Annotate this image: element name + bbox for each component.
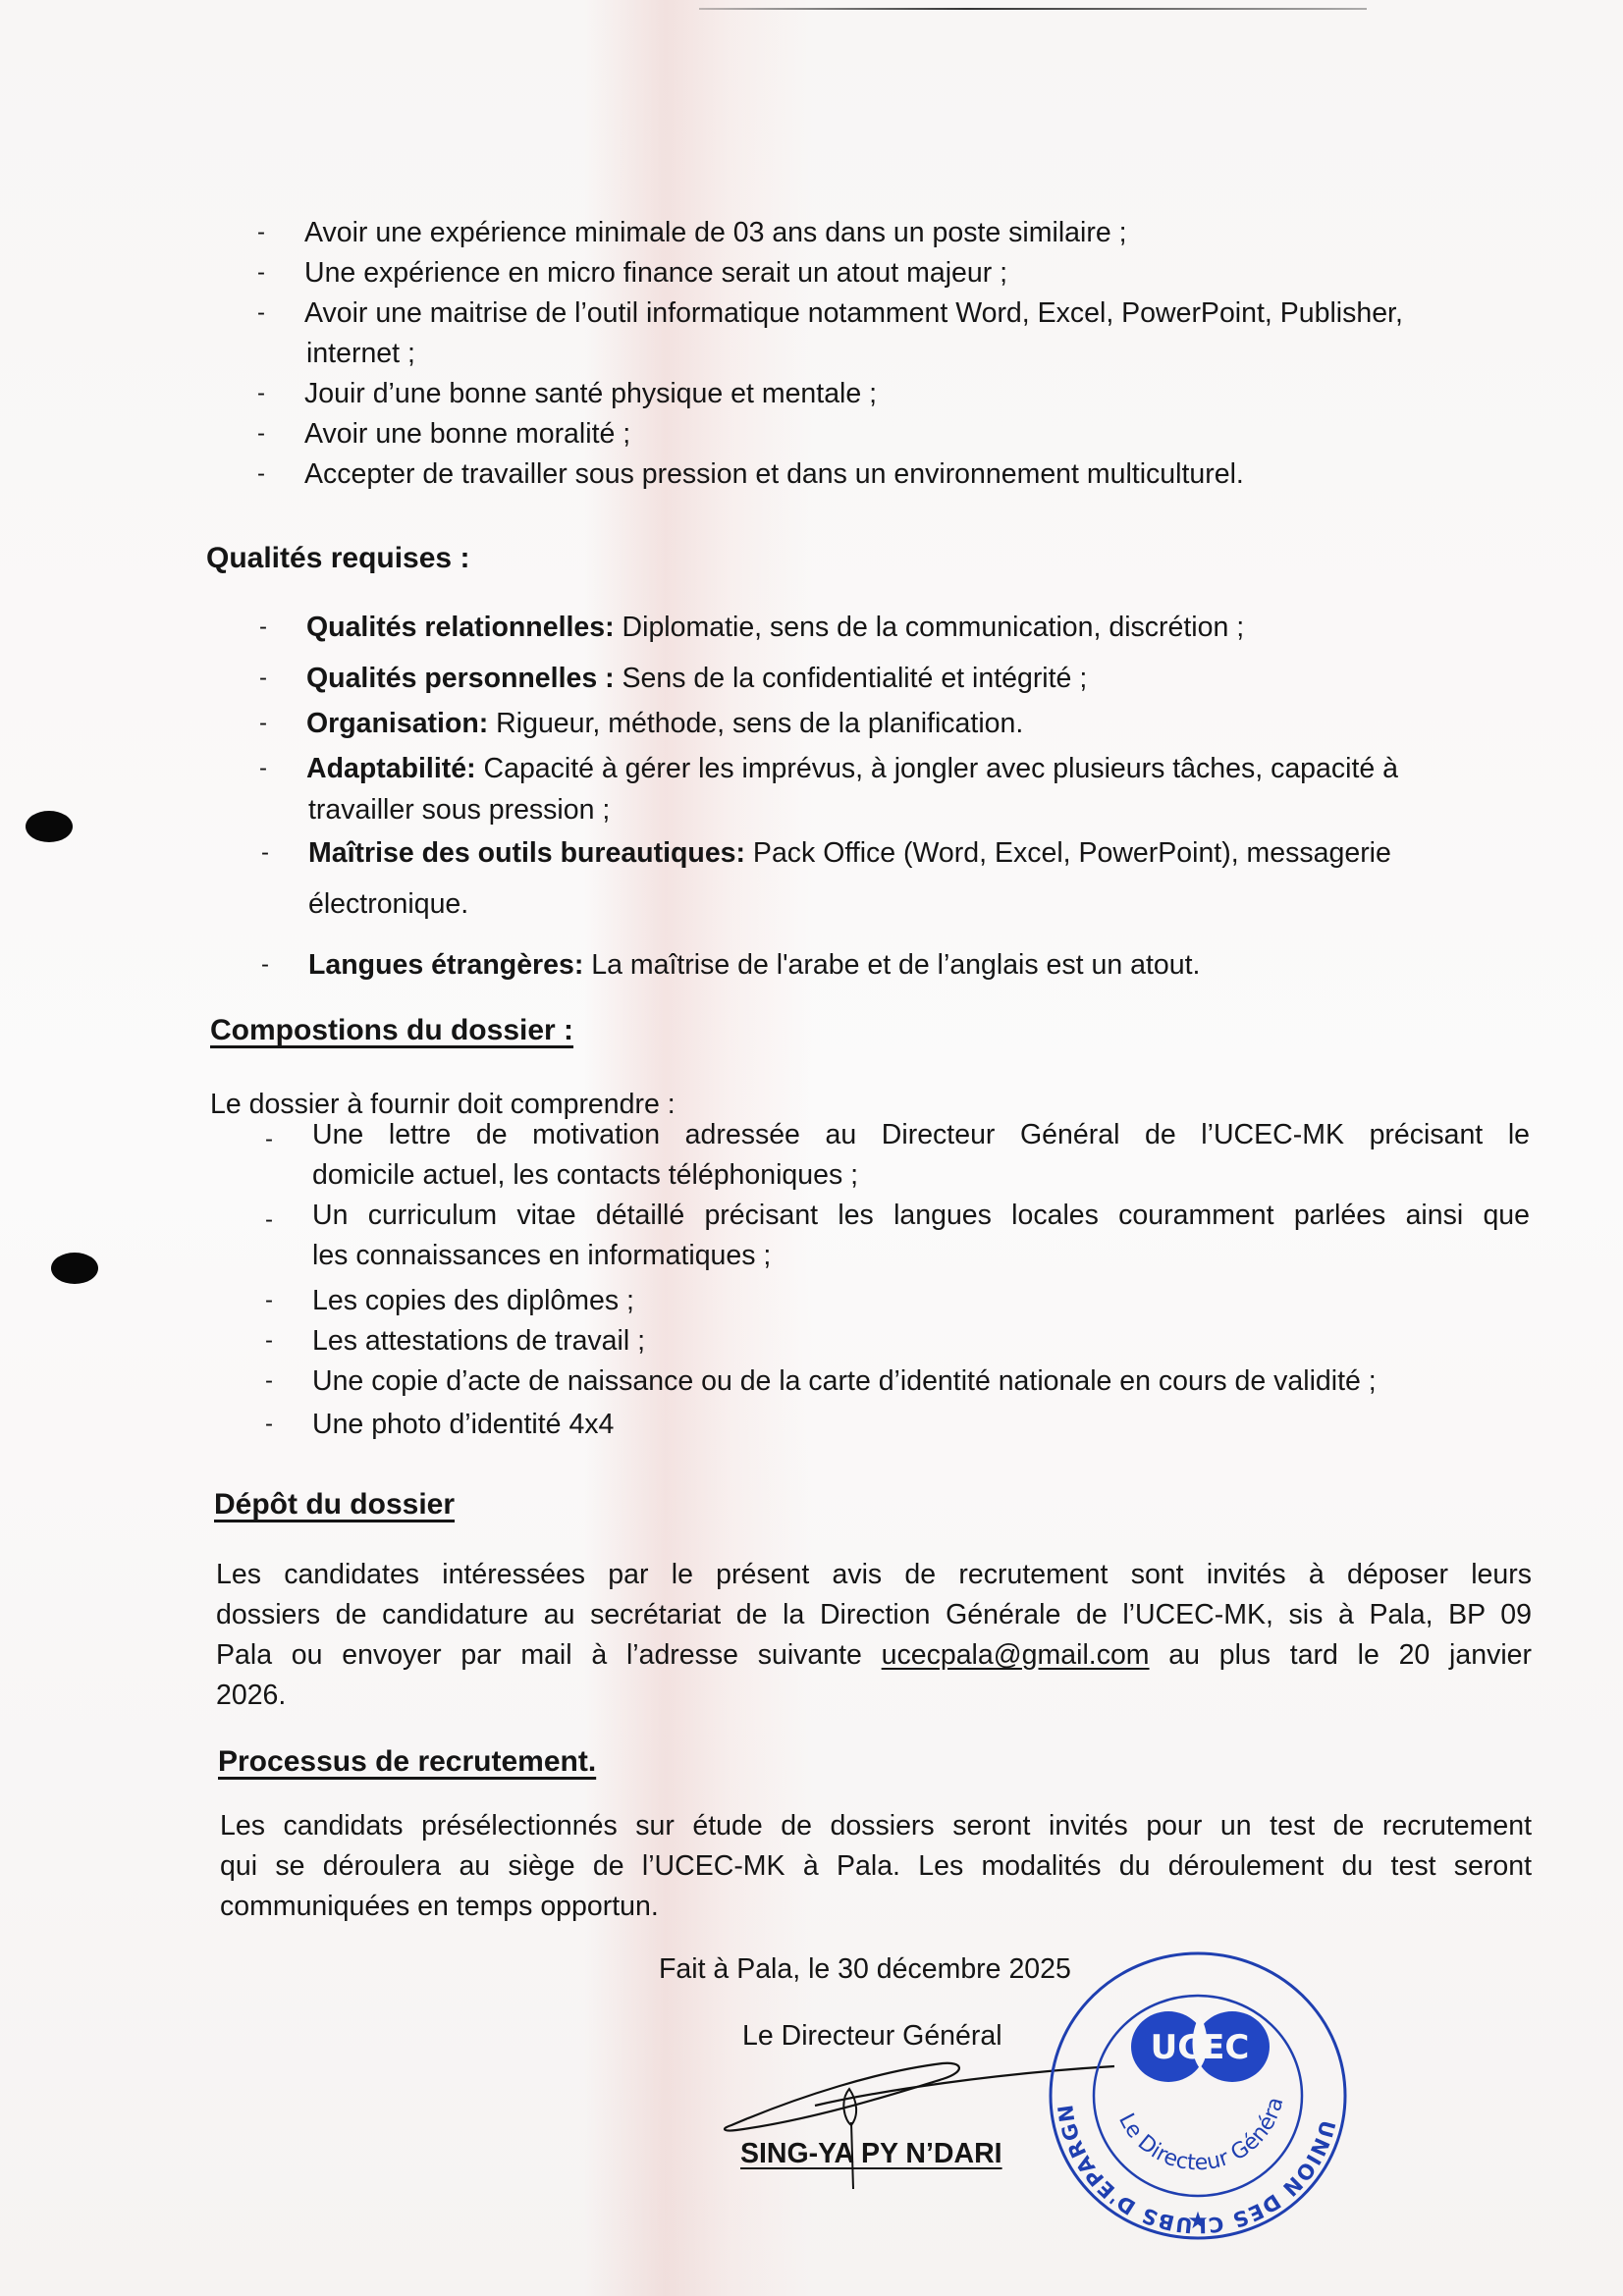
quality-item: -Qualités personnelles : Sens de la conf… — [306, 660, 1087, 697]
signatory-name: SING-YA PY N’DARI — [740, 2138, 1002, 2170]
top-rule — [699, 8, 1367, 10]
quality-label: Organisation: — [306, 708, 488, 739]
punch-hole — [26, 811, 73, 842]
list-item-text: internet ; — [306, 338, 415, 369]
quality-label: Maîtrise des outils bureautiques: — [308, 837, 745, 869]
dossier-item: -Une photo d’identité 4x4 — [312, 1406, 614, 1443]
paragraph-line: dossiers de candidature au secrétariat d… — [216, 1595, 1532, 1635]
dossier-heading: Compostions du dossier : — [210, 1014, 573, 1047]
ucec-logo: UCEC — [1131, 2011, 1270, 2082]
quality-item-continuation: travailler sous pression ; — [308, 791, 610, 828]
list-item: -Accepter de travailler sous pression et… — [304, 455, 1244, 493]
list-item: -Avoir une maitrise de l’outil informati… — [304, 294, 1403, 332]
quality-item-continuation: électronique. — [308, 885, 468, 923]
depot-paragraph: Les candidates intéressées par le présen… — [216, 1555, 1532, 1716]
quality-label: Qualités personnelles : — [306, 663, 615, 694]
quality-text: Rigueur, méthode, sens de la planificati… — [488, 708, 1023, 739]
qualities-heading: Qualités requises : — [206, 542, 469, 575]
paragraph-line: Les candidats présélectionnés sur étude … — [220, 1806, 1532, 1846]
text: au plus tard le 20 janvier — [1150, 1639, 1532, 1671]
email-link[interactable]: ucecpala@gmail.com — [882, 1639, 1150, 1671]
official-stamp: UNION DES CLUBS D'EPARGNE ET DE CRÉDIT D… — [1046, 1949, 1350, 2243]
list-item-continuation: internet ; — [306, 335, 415, 372]
dossier-item-text: Une photo d’identité 4x4 — [312, 1409, 614, 1440]
list-item: -Une expérience en micro finance serait … — [304, 254, 1007, 292]
quality-item: -Qualités relationnelles: Diplomatie, se… — [306, 609, 1244, 646]
dossier-item: - Un curriculum vitae détaillé précisant… — [312, 1196, 1530, 1276]
list-item: -Avoir une expérience minimale de 03 ans… — [304, 214, 1127, 251]
quality-label: Adaptabilité: — [306, 753, 476, 784]
svg-text:UCEC: UCEC — [1151, 2028, 1250, 2067]
list-item-text: Une expérience en micro finance serait u… — [304, 257, 1007, 289]
signatory-title: Le Directeur Général — [742, 2020, 1002, 2053]
list-item-text: Jouir d’une bonne santé physique et ment… — [304, 378, 877, 409]
place-date: Fait à Pala, le 30 décembre 2025 — [659, 1953, 1071, 1986]
dossier-item-text: Les attestations de travail ; — [312, 1325, 645, 1357]
dossier-item-text: Une lettre de motivation adressée au Dir… — [312, 1115, 1530, 1155]
processus-heading: Processus de recrutement. — [218, 1745, 596, 1779]
depot-heading: Dépôt du dossier — [214, 1488, 455, 1522]
quality-item: -Langues étrangères: La maîtrise de l'ar… — [308, 946, 1200, 984]
paragraph-line: 2026. — [216, 1676, 1532, 1716]
paragraph-line: Les candidates intéressées par le présen… — [216, 1555, 1532, 1595]
quality-item: -Organisation: Rigueur, méthode, sens de… — [306, 705, 1023, 742]
list-item-text: Avoir une bonne moralité ; — [304, 418, 630, 450]
dossier-item: -Les attestations de travail ; — [312, 1322, 645, 1360]
star-icon: ★ — [1187, 2208, 1209, 2234]
list-item-text: Accepter de travailler sous pression et … — [304, 458, 1244, 490]
dossier-item: -Les copies des diplômes ; — [312, 1282, 634, 1319]
quality-text: Pack Office (Word, Excel, PowerPoint), m… — [745, 837, 1391, 869]
dossier-item-text: Les copies des diplômes ; — [312, 1285, 634, 1316]
list-item: -Jouir d’une bonne santé physique et men… — [304, 375, 877, 412]
quality-item: -Maîtrise des outils bureautiques: Pack … — [308, 834, 1391, 872]
dossier-item-text: domicile actuel, les contacts téléphoniq… — [312, 1155, 1530, 1196]
quality-label: Langues étrangères: — [308, 949, 583, 981]
list-item: -Avoir une bonne moralité ; — [304, 415, 630, 453]
quality-text: Sens de la confidentialité et intégrité … — [615, 663, 1088, 694]
dossier-item: -Une copie d’acte de naissance ou de la … — [312, 1362, 1377, 1400]
dossier-item-text: Un curriculum vitae détaillé précisant l… — [312, 1196, 1530, 1236]
punch-hole — [51, 1253, 98, 1284]
quality-text: Capacité à gérer les imprévus, à jongler… — [476, 753, 1398, 784]
paragraph-line: Pala ou envoyer par mail à l’adresse sui… — [216, 1635, 1532, 1676]
paragraph-line: communiquées en temps opportun. — [220, 1887, 1532, 1927]
quality-item: -Adaptabilité: Capacité à gérer les impr… — [306, 750, 1398, 787]
dossier-item-text: Une copie d’acte de naissance ou de la c… — [312, 1365, 1377, 1397]
quality-text: Diplomatie, sens de la communication, di… — [615, 612, 1245, 643]
list-item-text: Avoir une maitrise de l’outil informatiq… — [304, 297, 1403, 329]
quality-label: Qualités relationnelles: — [306, 612, 615, 643]
dossier-item: - Une lettre de motivation adressée au D… — [312, 1115, 1530, 1196]
paragraph-line: qui se déroulera au siège de l’UCEC-MK à… — [220, 1846, 1532, 1887]
list-item-text: Avoir une expérience minimale de 03 ans … — [304, 217, 1127, 248]
processus-paragraph: Les candidats présélectionnés sur étude … — [220, 1806, 1532, 1927]
dossier-item-text: les connaissances en informatiques ; — [312, 1236, 1530, 1276]
text: Pala ou envoyer par mail à l’adresse sui… — [216, 1639, 882, 1671]
quality-text: La maîtrise de l'arabe et de l’anglais e… — [583, 949, 1200, 981]
